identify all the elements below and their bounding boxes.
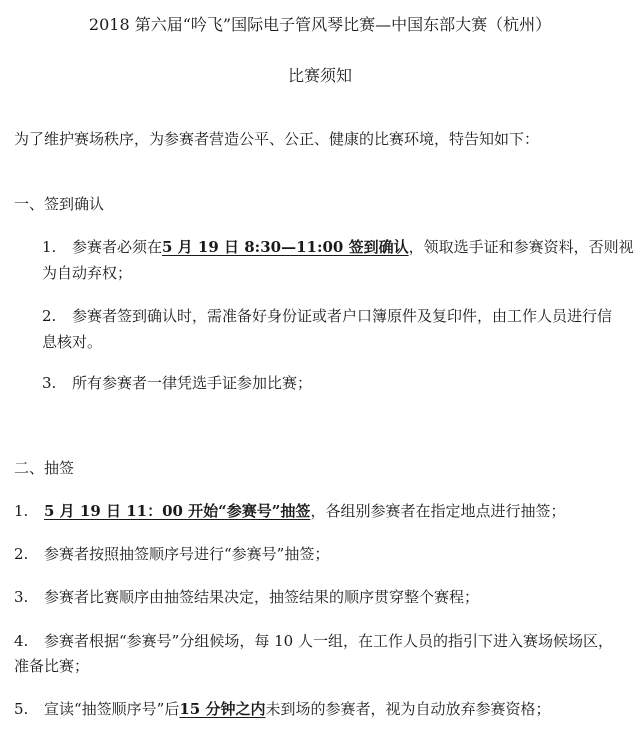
checkin-item-3: 3.所有参赛者一律凭选手证参加比赛； <box>42 372 312 393</box>
item-text: 参赛者签到确认时，需准备好身份证或者户口簿原件及复印件，由工作人员进行信 <box>72 307 612 325</box>
item-text: 参赛者比赛顺序由抽签结果决定，抽签结果的顺序贯穿整个赛程； <box>44 588 479 606</box>
item-number: 3. <box>42 374 72 392</box>
section-heading-checkin: 一、签到确认 <box>14 193 104 214</box>
draw-item-2: 2.参赛者按照抽签顺序号进行“参赛号”抽签； <box>14 543 329 564</box>
item-text: 所有参赛者一律凭选手证参加比赛； <box>72 374 312 392</box>
item-text-post: ，领取选手证和参赛资料，否则视 <box>409 238 634 256</box>
item-emphasis: 15 分钟之内 <box>179 700 265 718</box>
item-number: 1. <box>14 502 44 520</box>
draw-item-5: 5.宣读“抽签顺序号”后15 分钟之内未到场的参赛者，视为自动放弃参赛资格； <box>14 698 550 719</box>
item-emphasis: 5 月 19 日 11：00 开始“参赛号”抽签 <box>44 502 310 520</box>
item-number: 2. <box>14 545 44 563</box>
checkin-item-2-continuation: 息核对。 <box>42 331 102 352</box>
checkin-item-1: 1.参赛者必须在5 月 19 日 8:30—11:00 签到确认，领取选手证和参… <box>42 236 634 257</box>
item-number: 3. <box>14 588 44 606</box>
checkin-item-1-continuation: 为自动弃权； <box>42 262 132 283</box>
item-text: 宣读“抽签顺序号”后 <box>44 700 179 718</box>
item-number: 5. <box>14 700 44 718</box>
item-text-post: 未到场的参赛者，视为自动放弃参赛资格； <box>265 700 550 718</box>
checkin-item-2: 2.参赛者签到确认时，需准备好身份证或者户口簿原件及复印件，由工作人员进行信 <box>42 305 612 326</box>
draw-item-4: 4.参赛者根据“参赛号”分组候场，每 10 人一组，在工作人员的指引下进入赛场候… <box>14 630 613 651</box>
draw-item-4-continuation: 准备比赛； <box>14 655 89 676</box>
item-text: 参赛者根据“参赛号”分组候场，每 10 人一组，在工作人员的指引下进入赛场候场区… <box>44 632 613 650</box>
item-text-post: ，各组别参赛者在指定地点进行抽签； <box>310 502 565 520</box>
item-number: 2. <box>42 307 72 325</box>
intro-paragraph: 为了维护赛场秩序，为参赛者营造公平、公正、健康的比赛环境，特告知如下： <box>14 128 539 149</box>
item-number: 4. <box>14 632 44 650</box>
draw-item-3: 3.参赛者比赛顺序由抽签结果决定，抽签结果的顺序贯穿整个赛程； <box>14 586 479 607</box>
section-heading-draw: 二、抽签 <box>14 457 74 478</box>
draw-item-1: 1.5 月 19 日 11：00 开始“参赛号”抽签，各组别参赛者在指定地点进行… <box>14 500 565 521</box>
item-text: 参赛者必须在 <box>72 238 162 256</box>
item-emphasis: 5 月 19 日 8:30—11:00 签到确认 <box>162 238 409 256</box>
document-title: 2018 第六届“吟飞”国际电子管风琴比赛—中国东部大赛（杭州） <box>0 12 640 35</box>
item-text: 参赛者按照抽签顺序号进行“参赛号”抽签； <box>44 545 329 563</box>
document-subtitle: 比赛须知 <box>0 63 640 86</box>
item-number: 1. <box>42 238 72 256</box>
